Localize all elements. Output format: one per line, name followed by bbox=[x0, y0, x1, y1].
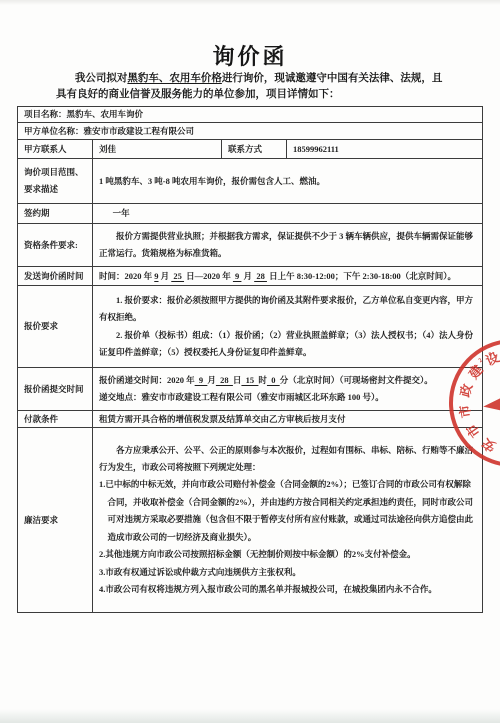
party-a-cell: 甲方单位名称：雅安市市政建设工程有限公司 bbox=[18, 123, 482, 139]
submit-time-text: 月 bbox=[207, 375, 216, 385]
quote-req-item-2: 2. 报价单（投标书）组成：（1）报价函；（2）营业执照盖鲜章；（3）法人授权书… bbox=[99, 327, 476, 362]
quote-req-label: 报价要求 bbox=[18, 286, 92, 367]
send-time-text: 日上午 8:30-12:00；下午 2:30-18:00（北京时间）。 bbox=[267, 271, 456, 281]
send-day-end: 28 bbox=[254, 271, 267, 281]
contact-label: 甲方联系人 bbox=[18, 140, 92, 158]
integrity-label: 廉洁要求 bbox=[18, 428, 92, 612]
qualification-value: 报价方需提供营业执照；并根据我方需求，保证提供不少于 3 辆车辆供应，提供车辆需… bbox=[92, 224, 482, 266]
send-time-text: 日—2020 年 bbox=[184, 271, 233, 281]
page-title: 询价函 bbox=[0, 40, 500, 71]
project-name-label: 项目名称： bbox=[24, 109, 67, 119]
scanned-inquiry-document: 询价函 我公司拟对黑豹车、农用车价格进行询价，现诚邀遵守中国有关法律、法规，且具… bbox=[0, 0, 500, 723]
send-time-value: 时间：2020 年 9 月 25 日—2020 年 9 月 28 日上午 8:3… bbox=[92, 267, 482, 285]
contact-phone: 18599962111 bbox=[286, 140, 482, 158]
row-project-name: 项目名称：黑豹车、农用车询价 bbox=[18, 107, 482, 123]
submit-day: 28 bbox=[216, 375, 233, 385]
quote-req-item-1: 1. 报价要求：报价必须按照甲方提供的询价函及其附件要求报价，乙方单位私自变更内… bbox=[99, 292, 476, 327]
integrity-item-2: 2.其他违规方向市政公司按照招标金额（无控制价则按中标金额）的2%支付补偿金。 bbox=[99, 546, 476, 563]
submit-time-text: 时 bbox=[258, 375, 267, 385]
project-name-cell: 项目名称：黑豹车、农用车询价 bbox=[18, 107, 482, 122]
row-integrity: 廉洁要求 各方应秉承公开、公平、公正的原则参与本次报价，过程如有围标、串标、陪标… bbox=[18, 428, 482, 612]
submit-time-line1: 报价函递交时间：2020 年 9 月 28 日 15 时 0 分（北京时间）（可… bbox=[99, 372, 476, 389]
row-contact: 甲方联系人 刘佳 联系方式 18599962111 bbox=[18, 140, 482, 159]
submit-time-label: 报价函提交时间 bbox=[18, 368, 92, 410]
payment-value: 租赁方需开具合格的增值税发票及结算单交由乙方审核后按月支付 bbox=[92, 411, 482, 427]
integrity-item-4: 4.市政公司有权将违规方列入报市政公司的黑名单并报城投公司，在城投集团内永不合作… bbox=[99, 581, 476, 598]
quote-req-value: 1. 报价要求：报价必须按照甲方提供的询价函及其附件要求报价，乙方单位私自变更内… bbox=[92, 286, 482, 367]
term-label: 签约期 bbox=[18, 204, 92, 223]
submit-minute: 0 bbox=[267, 375, 280, 385]
send-time-label: 发送询价函时间 bbox=[18, 267, 92, 285]
send-time-text: 时间：2020 年 bbox=[99, 271, 154, 281]
scope-label: 询价项目范围、要求描述 bbox=[18, 159, 92, 203]
submit-time-text: 分（北京时间）（可现场密封文件提交）。 bbox=[280, 375, 433, 385]
send-day-start: 25 bbox=[171, 271, 184, 281]
intro-underlined-subject: 黑豹车、农用车价格 bbox=[127, 73, 222, 84]
integrity-value: 各方应秉承公开、公平、公正的原则参与本次报价，过程如有围标、串标、陪标、行贿等不… bbox=[92, 428, 482, 612]
intro-paragraph: 我公司拟对黑豹车、农用车价格进行询价，现诚邀遵守中国有关法律、法规，且具有良好的… bbox=[56, 71, 450, 102]
row-qualification: 资格条件要求: 报价方需提供营业执照；并根据我方需求，保证提供不少于 3 辆车辆… bbox=[18, 224, 482, 267]
contact-name: 刘佳 bbox=[92, 140, 221, 158]
scope-value: 1 吨黑豹车、3 吨-8 吨农用车询价，报价需包含人工、燃油。 bbox=[92, 159, 482, 203]
qualification-label: 资格条件要求: bbox=[18, 224, 92, 266]
project-name-value: 黑豹车、农用车询价 bbox=[67, 109, 144, 119]
row-party-a: 甲方单位名称：雅安市市政建设工程有限公司 bbox=[18, 123, 482, 140]
integrity-item-1: 1.已中标的中标无效，并向市政公司赔付补偿金（合同金额的2%）；已签订合同的市政… bbox=[99, 476, 476, 546]
row-payment: 付款条件 租赁方需开具合格的增值税发票及结算单交由乙方审核后按月支付 bbox=[18, 411, 482, 428]
payment-label: 付款条件 bbox=[18, 411, 92, 427]
svg-text:设: 设 bbox=[483, 349, 500, 368]
submit-month: 9 bbox=[195, 375, 208, 385]
send-time-text: 月 bbox=[159, 271, 172, 281]
row-submit-time: 报价函提交时间 报价函递交时间：2020 年 9 月 28 日 15 时 0 分… bbox=[18, 368, 482, 411]
send-time-text: 月 bbox=[241, 271, 254, 281]
term-value: 一年 bbox=[92, 204, 482, 223]
party-a-label: 甲方单位名称： bbox=[24, 126, 84, 136]
row-scope: 询价项目范围、要求描述 1 吨黑豹车、3 吨-8 吨农用车询价，报价需包含人工、… bbox=[18, 159, 482, 204]
submit-time-text: 报价函递交时间：2020 年 bbox=[99, 375, 195, 385]
scan-edge-top bbox=[0, 0, 500, 5]
party-a-value: 雅安市市政建设工程有限公司 bbox=[84, 126, 195, 136]
svg-text:0: 0 bbox=[488, 352, 493, 359]
row-send-time: 发送询价函时间 时间：2020 年 9 月 25 日—2020 年 9 月 28… bbox=[18, 267, 482, 286]
row-term: 签约期 一年 bbox=[18, 204, 482, 224]
row-quote-requirements: 报价要求 1. 报价要求：报价必须按照甲方提供的询价函及其附件要求报价，乙方单位… bbox=[18, 286, 482, 368]
submit-address-line: 递交地点：雅安市市政建设工程有限公司（雅安市雨城区北环东路 100 号）。 bbox=[99, 389, 476, 406]
submit-hour: 15 bbox=[241, 375, 258, 385]
integrity-item-3: 3.市政有权通过诉讼或仲裁方式向违规供方主张权利。 bbox=[99, 564, 476, 581]
contact-phone-label: 联系方式 bbox=[221, 140, 286, 158]
intro-lead: 我公司拟对 bbox=[75, 73, 128, 84]
integrity-intro: 各方应秉承公开、公平、公正的原则参与本次报价，过程如有围标、串标、陪标、行贿等不… bbox=[99, 442, 476, 477]
inquiry-table: 项目名称：黑豹车、农用车询价 甲方单位名称：雅安市市政建设工程有限公司 甲方联系… bbox=[17, 106, 483, 613]
scan-edge-bottom bbox=[0, 709, 500, 723]
submit-time-value: 报价函递交时间：2020 年 9 月 28 日 15 时 0 分（北京时间）（可… bbox=[92, 368, 482, 410]
